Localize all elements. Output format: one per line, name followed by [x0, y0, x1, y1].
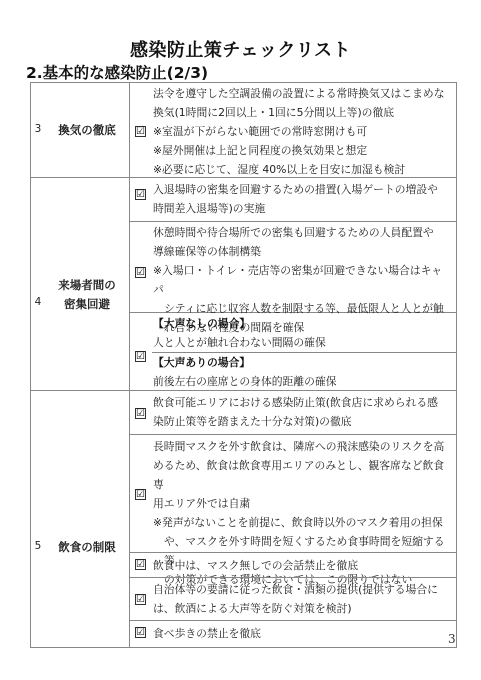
section-number: 3 [31, 123, 45, 135]
checklist-item: ☑ 飲食可能エリアにおける感染防止策(飲食店に求められる感 染防止策等を踏まえた… [130, 391, 456, 435]
checklist-item: ☑ 【大声なしの場合】 人と人とが触れ合わない間隔の確保 【大声ありの場合】 前… [130, 313, 456, 391]
checklist-section-ventilation: 3 換気の徹底 ☑ 法令を遵守した空調設備の設置による常時換気又はこまめな 換気… [31, 83, 456, 178]
section-label: 飲食の制限 [45, 538, 129, 557]
checklist-section-crowd-avoidance: 4 来場者間の 密集回避 ☑ 入退場時の密集を回避するための措置(入場ゲートの増… [31, 178, 456, 391]
section-number: 5 [31, 540, 45, 552]
checklist-item: ☑ 休憩時間や待合場所での密集も回避するための人員配置や 導線確保等の体制構築 … [130, 222, 456, 313]
section-subtitle: 2.基本的な感染防止(2/3) [26, 61, 208, 83]
checkbox-checked-icon[interactable]: ☑ [135, 408, 146, 419]
section-label: 換気の徹底 [45, 121, 129, 140]
section-label: 来場者間の 密集回避 [45, 276, 129, 314]
checklist-item: ☑ 飲食中は、マスク無しでの会話禁止を徹底 [130, 553, 456, 578]
checkbox-checked-icon[interactable]: ☑ [135, 189, 146, 200]
checklist-table: 3 換気の徹底 ☑ 法令を遵守した空調設備の設置による常時換気又はこまめな 換気… [30, 82, 457, 648]
section-number: 4 [31, 296, 45, 308]
checkbox-checked-icon[interactable]: ☑ [135, 267, 146, 278]
checkbox-checked-icon[interactable]: ☑ [135, 351, 146, 362]
checklist-item: ☑ 入退場時の密集を回避するための措置(入場ゲートの増設や 時間差入退場等)の実… [130, 178, 456, 222]
page-number: 3 [448, 632, 456, 646]
checkbox-checked-icon[interactable]: ☑ [135, 489, 146, 500]
document-title: 感染防止策チェックリスト [0, 36, 481, 62]
checklist-item: ☑ 法令を遵守した空調設備の設置による常時換気又はこまめな 換気(1時間に2回以… [130, 83, 456, 178]
checkbox-checked-icon[interactable]: ☑ [135, 627, 146, 638]
checklist-item: ☑ 長時間マスクを外す飲食は、隣席への飛沫感染のリスクを高 めるため、飲食は飲食… [130, 435, 456, 553]
checklist-item: ☑ 自治体等の要請に従った飲食・酒類の提供(提供する場合に は、飲酒による大声等… [130, 578, 456, 621]
case-heading: 【大声ありの場合】 [153, 353, 452, 372]
case-heading: 【大声なしの場合】 [153, 314, 452, 333]
checklist-item: ☑ 食べ歩きの禁止を徹底 [130, 621, 456, 647]
checklist-section-food-restriction: 5 飲食の制限 ☑ 飲食可能エリアにおける感染防止策(飲食店に求められる感 染防… [31, 391, 456, 647]
checkbox-checked-icon[interactable]: ☑ [135, 559, 146, 570]
checkbox-checked-icon[interactable]: ☑ [135, 594, 146, 605]
checkbox-checked-icon[interactable]: ☑ [135, 126, 146, 137]
